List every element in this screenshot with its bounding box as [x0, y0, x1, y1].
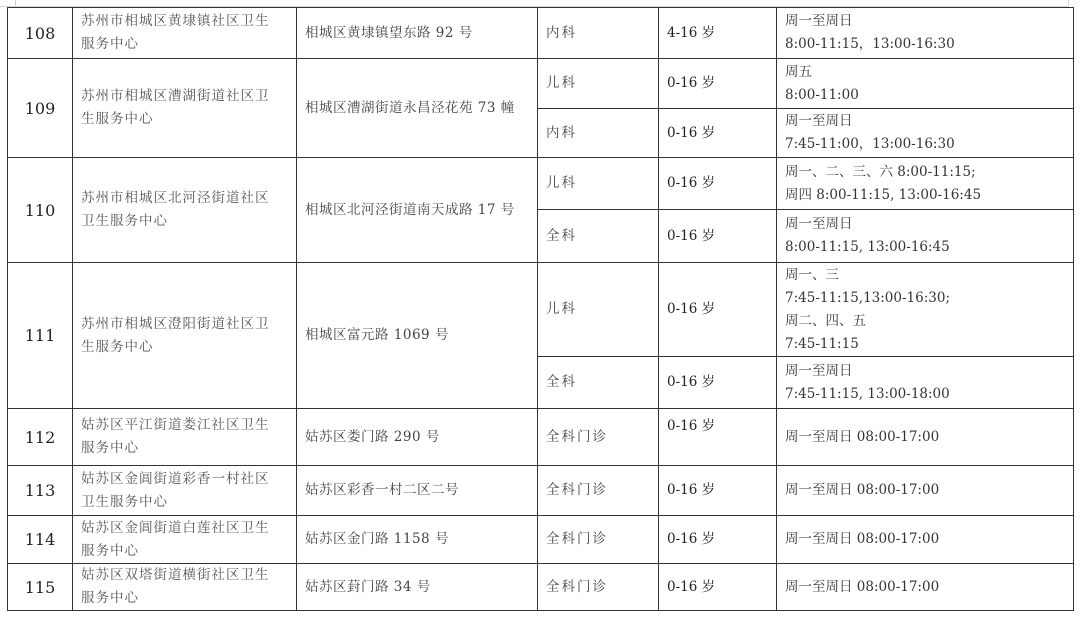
center-address: 相城区漕湖街道永昌泾花苑 73 幢	[297, 59, 538, 158]
age-range: 0-16 岁	[659, 109, 777, 158]
opening-hours: 周一至周日 7:45-11:15, 13:00-18:00	[777, 357, 1074, 409]
table-row: 110 苏州市相城区北河泾街道社区 卫生服务中心 相城区北河泾街道南天成路 17…	[8, 158, 1074, 210]
row-number: 112	[8, 409, 73, 466]
table-row: 109 苏州市相城区漕湖街道社区卫 生服务中心 相城区漕湖街道永昌泾花苑 73 …	[8, 59, 1074, 109]
center-name: 苏州市相城区黄埭镇社区卫生 服务中心	[73, 8, 297, 59]
center-name: 苏州市相城区漕湖街道社区卫 生服务中心	[73, 59, 297, 158]
opening-hours: 周五 8:00-11:00	[777, 59, 1074, 109]
center-address: 相城区黄埭镇望东路 92 号	[297, 8, 538, 59]
page-top-edge	[0, 0, 1069, 7]
center-name: 姑苏区金阊街道白莲社区卫生 服务中心	[73, 516, 297, 564]
center-address: 姑苏区彩香一村二区二号	[297, 466, 538, 516]
opening-hours: 周一至周日 08:00-17:00	[777, 409, 1074, 466]
age-range: 0-16 岁	[659, 409, 777, 466]
age-range: 0-16 岁	[659, 466, 777, 516]
center-address: 姑苏区娄门路 290 号	[297, 409, 538, 466]
opening-hours: 周一至周日 08:00-17:00	[777, 466, 1074, 516]
department: 全科门诊	[538, 409, 659, 466]
department: 儿科	[538, 158, 659, 210]
age-range: 0-16 岁	[659, 263, 777, 357]
department: 全科门诊	[538, 466, 659, 516]
opening-hours: 周一至周日 08:00-17:00	[777, 564, 1074, 611]
department: 全科门诊	[538, 516, 659, 564]
age-range: 0-16 岁	[659, 158, 777, 210]
center-address: 相城区富元路 1069 号	[297, 263, 538, 409]
center-name: 苏州市相城区澄阳街道社区卫 生服务中心	[73, 263, 297, 409]
department: 儿科	[538, 263, 659, 357]
page-corner-mark	[15, 0, 16, 6]
age-range: 0-16 岁	[659, 59, 777, 109]
department: 全科	[538, 357, 659, 409]
table-row: 108 苏州市相城区黄埭镇社区卫生 服务中心 相城区黄埭镇望东路 92 号 内科…	[8, 8, 1074, 59]
row-number: 114	[8, 516, 73, 564]
center-name: 姑苏区金阊街道彩香一村社区 卫生服务中心	[73, 466, 297, 516]
table-row: 112 姑苏区平江街道娄江社区卫生 服务中心 姑苏区娄门路 290 号 全科门诊…	[8, 409, 1074, 466]
opening-hours: 周一至周日 8:00-11:15，13:00-16:30	[777, 8, 1074, 59]
row-number: 110	[8, 158, 73, 263]
row-number: 109	[8, 59, 73, 158]
center-address: 姑苏区金门路 1158 号	[297, 516, 538, 564]
center-address: 姑苏区葑门路 34 号	[297, 564, 538, 611]
department: 全科门诊	[538, 564, 659, 611]
opening-hours: 周一至周日 08:00-17:00	[777, 516, 1074, 564]
department: 儿科	[538, 59, 659, 109]
age-range: 0-16 岁	[659, 564, 777, 611]
age-range: 0-16 岁	[659, 516, 777, 564]
table-row: 113 姑苏区金阊街道彩香一村社区 卫生服务中心 姑苏区彩香一村二区二号 全科门…	[8, 466, 1074, 516]
row-number: 113	[8, 466, 73, 516]
center-name: 姑苏区平江街道娄江社区卫生 服务中心	[73, 409, 297, 466]
center-name: 姑苏区双塔街道横街社区卫生 服务中心	[73, 564, 297, 611]
department: 全科	[538, 210, 659, 263]
table-row: 111 苏州市相城区澄阳街道社区卫 生服务中心 相城区富元路 1069 号 儿科…	[8, 263, 1074, 357]
age-range: 4-16 岁	[659, 8, 777, 59]
department: 内科	[538, 109, 659, 158]
department: 内科	[538, 8, 659, 59]
opening-hours: 周一至周日 7:45-11:00，13:00-16:30	[777, 109, 1074, 158]
opening-hours: 周一、三 7:45-11:15,13:00-16:30; 周二、四、五 7:45…	[777, 263, 1074, 357]
center-address: 相城区北河泾街道南天成路 17 号	[297, 158, 538, 263]
opening-hours: 周一、二、三、六 8:00-11:15; 周四 8:00-11:15, 13:0…	[777, 158, 1074, 210]
table-row: 114 姑苏区金阊街道白莲社区卫生 服务中心 姑苏区金门路 1158 号 全科门…	[8, 516, 1074, 564]
age-range: 0-16 岁	[659, 357, 777, 409]
age-range: 0-16 岁	[659, 210, 777, 263]
opening-hours: 周一至周日 8:00-11:15, 13:00-16:45	[777, 210, 1074, 263]
table-row: 115 姑苏区双塔街道横街社区卫生 服务中心 姑苏区葑门路 34 号 全科门诊 …	[8, 564, 1074, 611]
clinic-schedule-table: 108 苏州市相城区黄埭镇社区卫生 服务中心 相城区黄埭镇望东路 92 号 内科…	[7, 7, 1074, 611]
row-number: 108	[8, 8, 73, 59]
row-number: 115	[8, 564, 73, 611]
center-name: 苏州市相城区北河泾街道社区 卫生服务中心	[73, 158, 297, 263]
row-number: 111	[8, 263, 73, 409]
